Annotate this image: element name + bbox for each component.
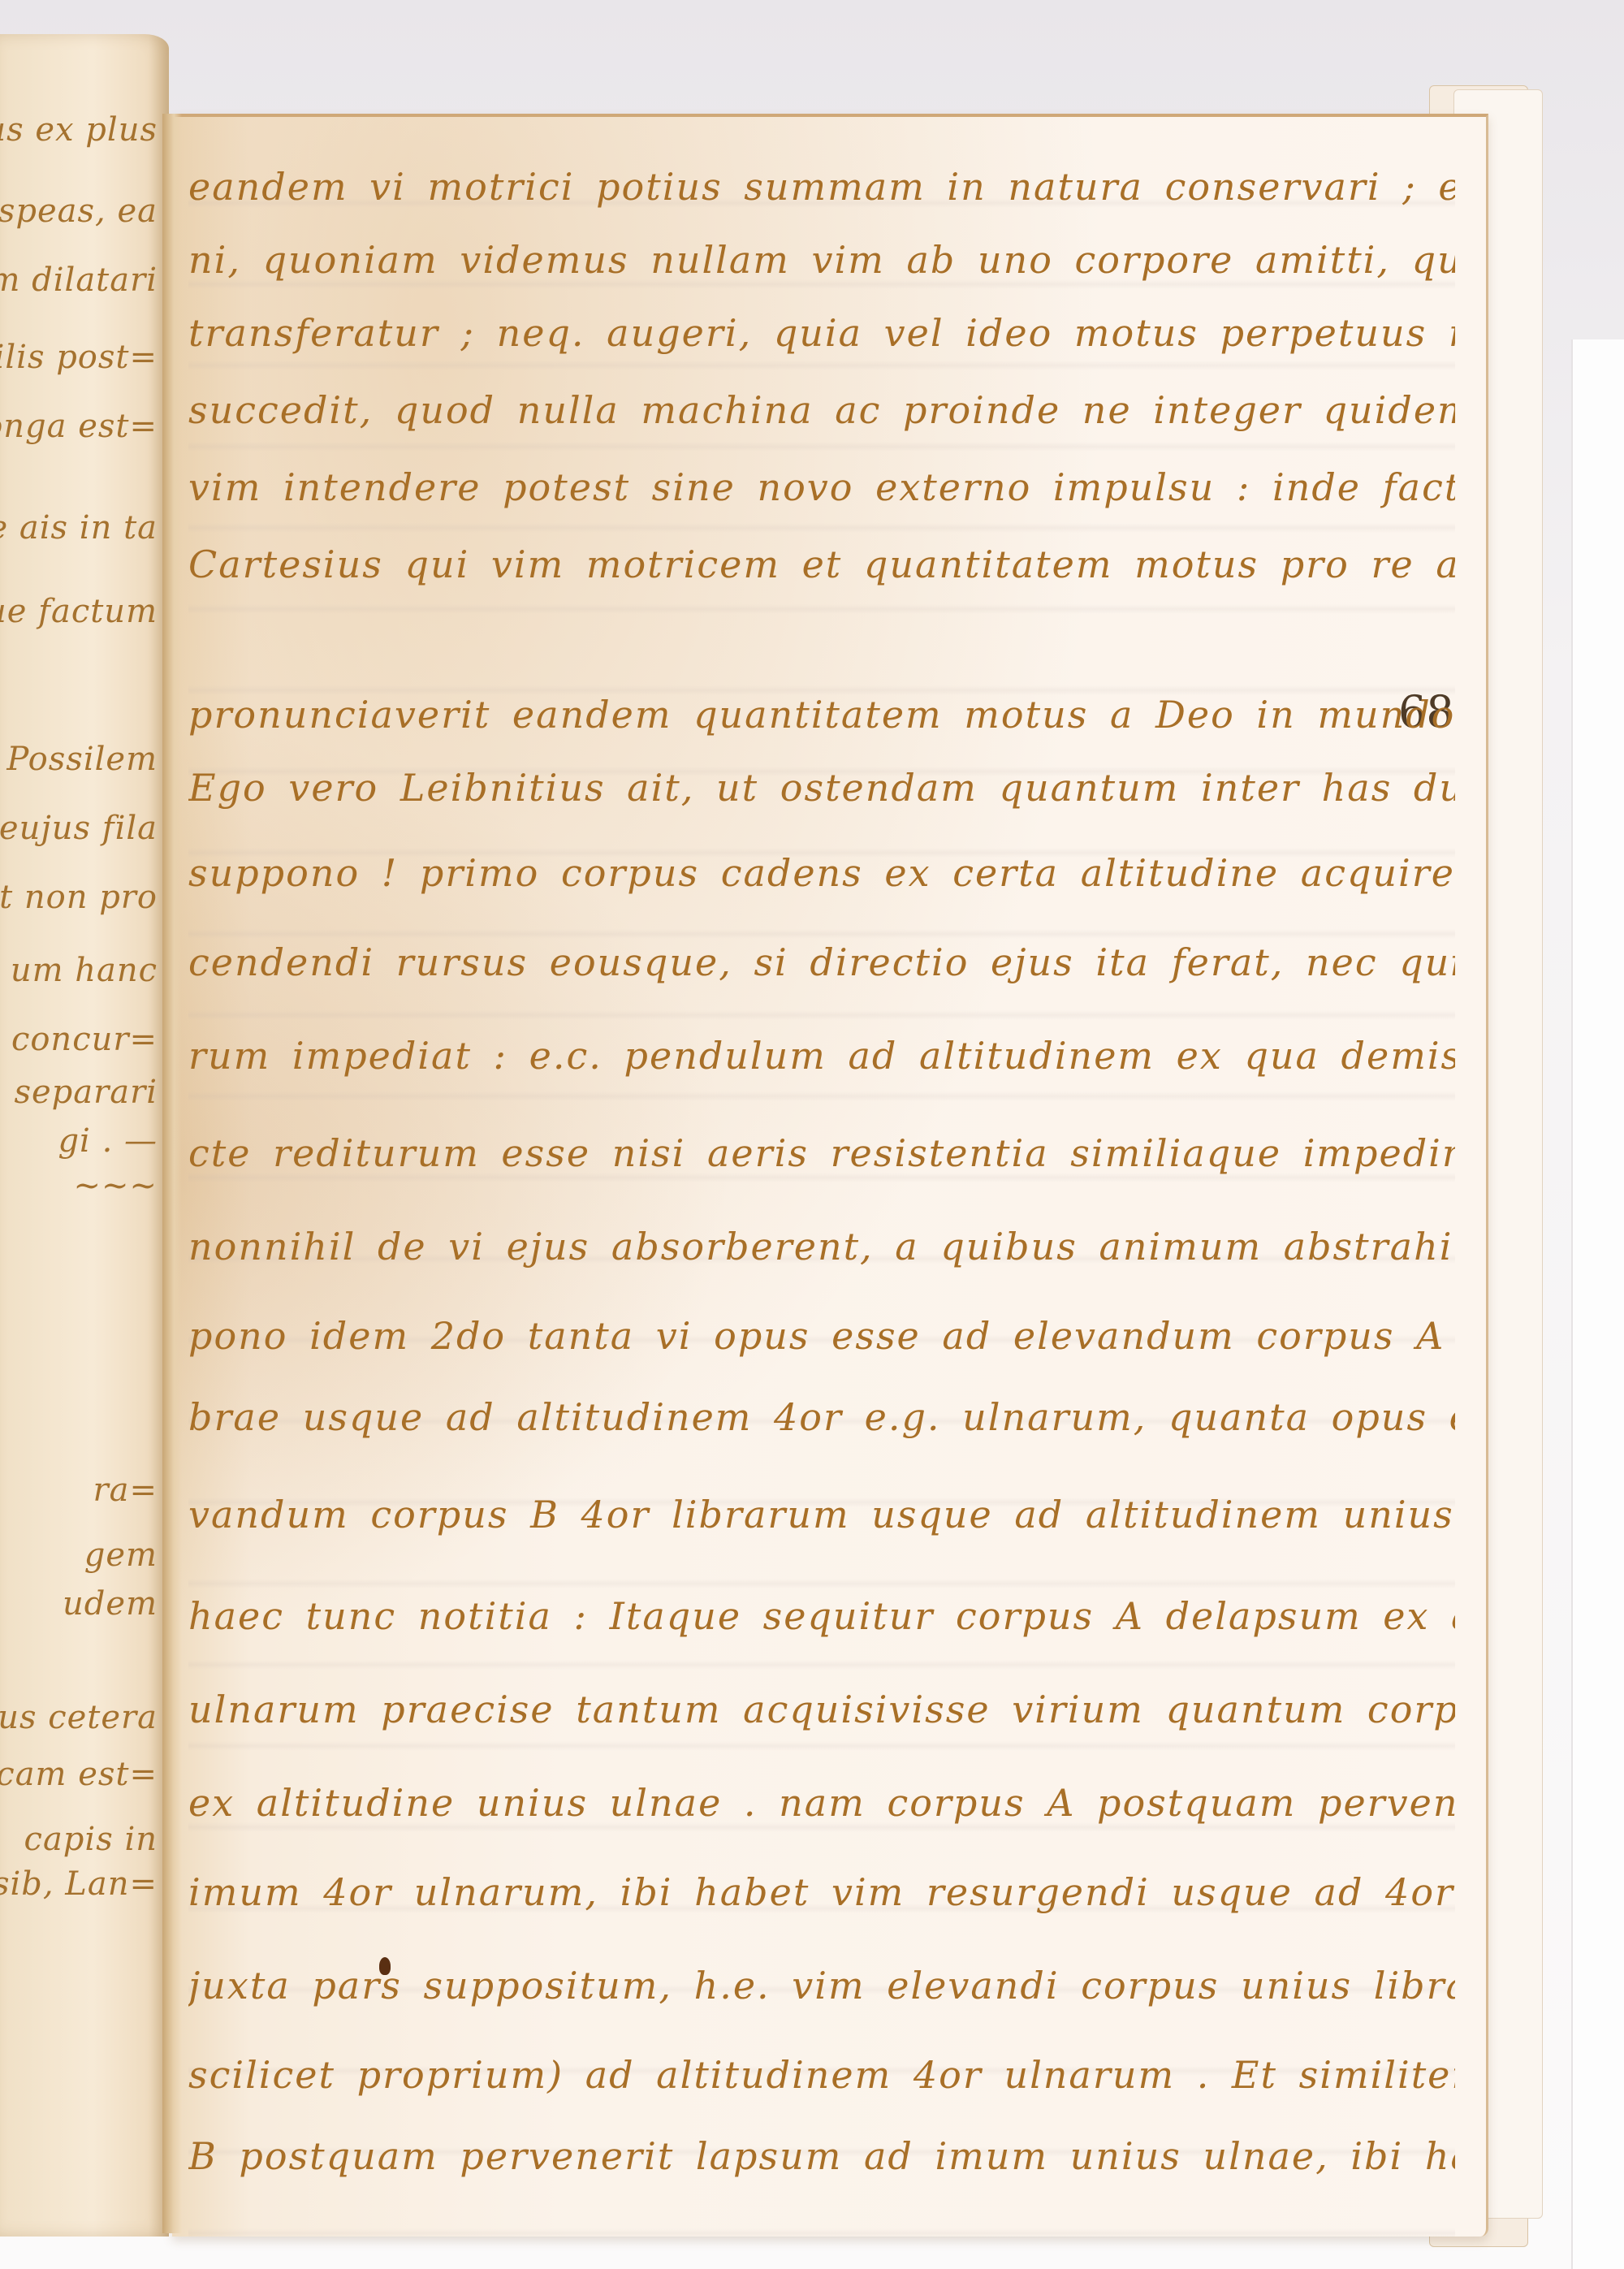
left-fragment: icam est= <box>0 1756 158 1793</box>
left-fragment: nus cetera <box>0 1699 158 1736</box>
left-fragment: udem <box>63 1585 158 1623</box>
left-fragment: speas, ea <box>0 192 158 230</box>
manuscript-line-20: imum 4or ulnarum, ibi habet vim resurgen… <box>188 1864 1455 1921</box>
manuscript-line-8: Ego vero Leibnitius ait, ut ostendam qua… <box>188 759 1455 816</box>
manuscript-line-7: pronunciaverit eandem quantitatem motus … <box>188 686 1455 743</box>
white-support-card <box>1571 339 1624 2269</box>
manuscript-line-22: scilicet proprium) ad altitudinem 4or ul… <box>188 2046 1455 2103</box>
left-fragment: rus ex plus <box>0 111 158 149</box>
book-gutter <box>162 114 182 2233</box>
manuscript-line-18: ulnarum praecise tantum acquisivisse vir… <box>188 1681 1455 1738</box>
manuscript-line-16: vandum corpus B 4or librarum usque ad al… <box>188 1486 1455 1543</box>
left-fragment: um hanc <box>11 952 158 989</box>
manuscript-line-15: brae usque ad altitudinem 4or e.g. ulnar… <box>188 1389 1455 1446</box>
manuscript-line-2: ni, quoniam videmus nullam vim ab uno co… <box>188 231 1455 288</box>
left-fragment: t non pro <box>0 879 158 916</box>
left-fragment: e ais in ta <box>0 509 158 547</box>
manuscript-line-10: cendendi rursus eousque, si directio eju… <box>188 934 1455 991</box>
left-fragment: tem dilatari <box>0 261 158 299</box>
left-fragment: ra= <box>93 1472 158 1509</box>
manuscript-line-23: B postquam pervenerit lapsum ad imum uni… <box>188 2128 1455 2185</box>
manuscript-line-3: transferatur ; neq. augeri, quia vel ide… <box>188 305 1455 361</box>
manuscript-line-19: ex altitudine unius ulnae . nam corpus A… <box>188 1774 1455 1831</box>
left-fragment: capis in <box>24 1821 158 1858</box>
ink-blot <box>379 1957 391 1975</box>
left-fragment: sib, Lan= <box>0 1865 158 1903</box>
left-fragment: ue factum <box>0 593 158 630</box>
manuscript-line-21: juxta pars suppositum, h.e. vim elevandi… <box>188 1957 1455 2014</box>
manuscript-line-4: succedit, quod nulla machina ac proinde … <box>188 382 1455 439</box>
left-fragment: va separari <box>0 1074 158 1111</box>
manuscript-line-1: eandem vi motrici potius summam in natur… <box>188 158 1455 215</box>
manuscript-line-17: haec tunc notitia : Itaque sequitur corp… <box>188 1588 1455 1644</box>
left-fragment: . Possilem <box>0 741 158 778</box>
manuscript-line-9: suppono ! primo corpus cadens ex certa a… <box>188 845 1455 901</box>
left-fragment: cuilis post= <box>0 339 158 376</box>
left-fragment: en concur= <box>0 1021 158 1058</box>
left-fragment: longa est= <box>0 408 158 445</box>
manuscript-line-14: pono idem 2do tanta vi opus esse ad elev… <box>188 1307 1455 1364</box>
left-fragment: eujus fila <box>0 810 158 847</box>
manuscript-line-6: Cartesius qui vim motricem et quantitate… <box>188 536 1455 593</box>
left-fragment: ~~~ <box>73 1167 158 1204</box>
manuscript-line-12: cte rediturum esse nisi aeris resistenti… <box>188 1125 1455 1182</box>
manuscript-line-5: vim intendere potest sine novo externo i… <box>188 459 1455 516</box>
manuscript-line-11: rum impediat : e.c. pendulum ad altitudi… <box>188 1027 1455 1084</box>
manuscript-line-13: nonnihil de vi ejus absorberent, a quibu… <box>188 1218 1455 1275</box>
left-fragment: gem <box>84 1536 158 1574</box>
left-fragment: gi . — <box>58 1122 158 1160</box>
left-page-verso: rus ex plus speas, ea tem dilatari cuili… <box>0 34 169 2237</box>
